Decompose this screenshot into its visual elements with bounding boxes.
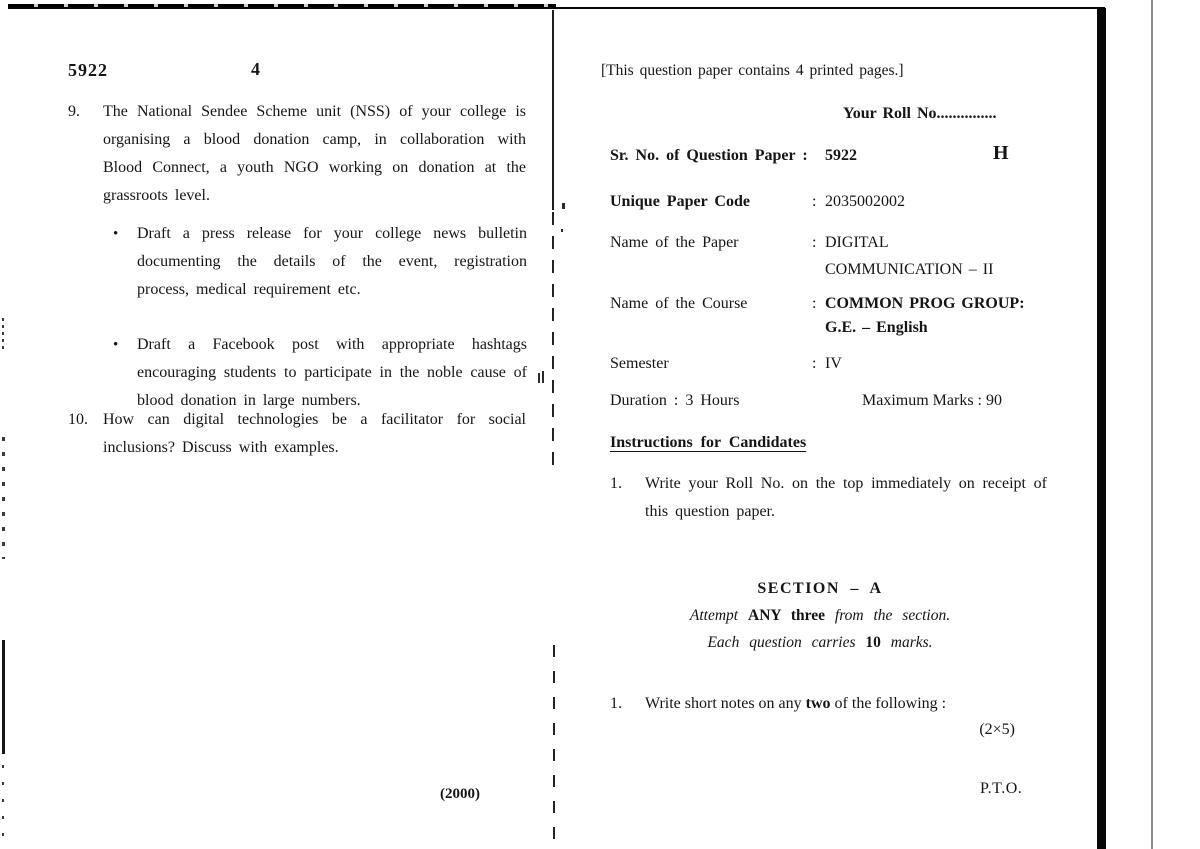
question-10-number: 10.: [68, 406, 103, 462]
left-page-number: 4: [251, 55, 260, 83]
q1-pre: Write short notes on any: [645, 695, 806, 712]
question-1: 1. Write short notes on any two of the f…: [610, 690, 1040, 718]
rubric2-bold: 10: [865, 634, 881, 651]
section-a-title: SECTION – A: [610, 575, 1030, 603]
bullet-icon: •: [113, 331, 137, 415]
page-fold-line-dashed-upper: [552, 212, 554, 474]
question-1-marks: (2×5): [940, 716, 1015, 744]
course-name-label: Name of the Course: [610, 290, 747, 318]
unique-code-label: Unique Paper Code: [610, 188, 750, 216]
bullet-text: Draft a Facebook post with appropriate h…: [137, 331, 527, 415]
scan-speck: [562, 203, 565, 209]
roll-no-line: Your Roll No...............: [843, 100, 997, 128]
rubric1-bold: ANY three: [748, 607, 825, 624]
course-name-value-line2: G.E. – English: [825, 314, 928, 342]
print-run-count: (2000): [440, 780, 480, 808]
scan-left-edge-line: [2, 640, 5, 754]
sr-no-value: 5922: [825, 142, 857, 170]
scan-speck: [561, 229, 563, 232]
scan-right-thin-line: [1151, 0, 1153, 849]
max-marks-text: Maximum Marks : 90: [862, 387, 1002, 415]
instruction-item-1: 1. Write your Roll No. on the top immedi…: [610, 470, 1047, 526]
question-10: 10. How can digital technologies be a fa…: [68, 406, 526, 462]
series-letter: H: [993, 139, 1009, 167]
page-fold-line-solid: [552, 10, 554, 210]
bullet-item: • Draft a Facebook post with appropriate…: [113, 331, 527, 415]
q1-bold: two: [806, 695, 831, 712]
semester-colon: :: [812, 350, 816, 378]
unique-code-colon: :: [812, 188, 816, 216]
rubric1-post: from the section.: [825, 607, 950, 624]
paper-name-colon: :: [812, 229, 816, 257]
scan-speck: [538, 373, 540, 383]
bullet-text: Draft a press release for your college n…: [137, 220, 527, 304]
scan-left-edge-dots-1: [2, 318, 4, 350]
rubric2-post: marks.: [881, 634, 933, 651]
scan-left-edge-dots-3: [2, 765, 4, 845]
pto-label: P.T.O.: [980, 775, 1022, 803]
unique-code-value: 2035002002: [825, 188, 905, 216]
bullet-icon: •: [113, 220, 137, 304]
question-9-number: 9.: [68, 98, 103, 210]
scan-speck: [542, 371, 544, 383]
paper-name-value-line1: DIGITAL: [825, 229, 889, 257]
rubric2-pre: Each question carries: [707, 634, 865, 651]
paper-name-value-line2: COMMUNICATION – II: [825, 256, 993, 284]
scan-right-edge-bar: [1097, 8, 1106, 849]
instruction-1-text: Write your Roll No. on the top immediate…: [645, 470, 1047, 526]
rubric1-pre: Attempt: [690, 607, 748, 624]
sr-no-label: Sr. No. of Question Paper :: [610, 142, 808, 170]
question-10-text: How can digital technologies be a facili…: [103, 406, 526, 462]
question-1-number: 1.: [610, 690, 645, 718]
section-a-rubric-line2: Each question carries 10 marks.: [610, 634, 1030, 652]
question-9-subtasks: • Draft a press release for your college…: [113, 220, 527, 415]
bullet-item: • Draft a press release for your college…: [113, 220, 527, 304]
q1-post: of the following :: [831, 695, 947, 712]
course-name-colon: :: [812, 290, 816, 318]
paper-name-label: Name of the Paper: [610, 229, 739, 257]
left-paper-code: 5922: [68, 56, 108, 84]
page-fold-line-dashed-lower: [553, 645, 555, 849]
instructions-heading: Instructions for Candidates: [610, 429, 806, 457]
semester-value: IV: [825, 350, 842, 378]
scan-left-edge-dots-2: [2, 437, 5, 559]
duration-text: Duration : 3 Hours: [610, 387, 739, 415]
instruction-1-number: 1.: [610, 470, 645, 526]
scanned-question-paper: 5922 4 9. The National Sendee Scheme uni…: [0, 0, 1200, 849]
pages-count-note: [This question paper contains 4 printed …: [601, 57, 904, 85]
question-1-text: Write short notes on any two of the foll…: [645, 690, 946, 718]
scan-top-edge-line: [8, 7, 1105, 9]
section-a-rubric-line1: Attempt ANY three from the section.: [610, 607, 1030, 625]
question-9: 9. The National Sendee Scheme unit (NSS)…: [68, 98, 526, 210]
question-9-text: The National Sendee Scheme unit (NSS) of…: [103, 98, 526, 210]
semester-label: Semester: [610, 350, 669, 378]
